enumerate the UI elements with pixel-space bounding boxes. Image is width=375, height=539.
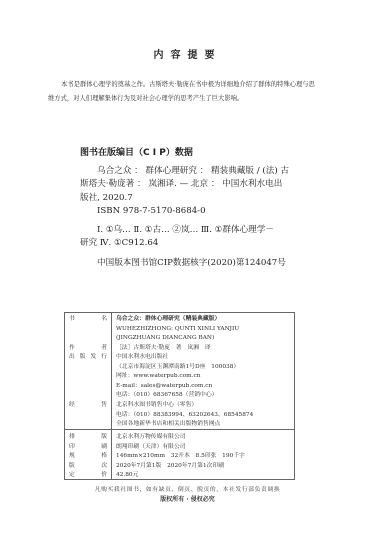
- column-divider: [111, 313, 112, 479]
- publication-info-table: 书名 乌合之众：群体心理研究（精装典藏版） WUHEZHIZHONG: QUNT…: [64, 312, 295, 480]
- summary-heading: 内容提要: [0, 46, 375, 61]
- info-value: 朗翔印刷（天津）有限公司: [116, 443, 294, 453]
- info-value: 乌合之众：群体心理研究（精装典藏版） WUHEZHIZHONG: QUNTI X…: [116, 315, 294, 344]
- cip-isbn: ISBN 978-7-5170-8684-0: [80, 205, 320, 218]
- info-label: 版次: [69, 462, 107, 472]
- cip-record-line: 斯塔夫·勒庞著 ： 岚湘译. — 北京 ： 中国水利水电出: [80, 178, 320, 191]
- copyright-notice: 版权所有 · 侵权必究: [0, 494, 375, 503]
- info-label: 定价: [69, 471, 107, 481]
- info-value: 146mm×210mm 32开本 8.5印张 190千字: [116, 452, 294, 462]
- info-label: 经售: [69, 401, 107, 411]
- summary-text: 本书是群体心理学的奠基之作。古斯塔夫·勒庞在书中极为详细地介绍了群体的特殊心理与…: [48, 78, 318, 106]
- info-value: 北京水利万物传媒有限公司: [116, 433, 294, 443]
- info-value: 2020年7月第1版 2020年7月第1次印刷: [116, 462, 294, 472]
- info-label: 排版: [69, 433, 107, 443]
- cip-classification: Ⅰ. ①乌… Ⅱ. ①古… ②岚… Ⅲ. ①群体心理学－ 研究 Ⅳ. ①C912…: [80, 224, 320, 251]
- info-label: 书名: [69, 315, 107, 325]
- info-label: 印刷: [69, 443, 107, 453]
- cip-title: 图书在版编目（C I P）数据: [80, 145, 193, 158]
- info-value: 北京科水图书销售中心（零售） 电话：（010）88383994、63202643…: [116, 401, 294, 430]
- cip-class-line: Ⅰ. ①乌… Ⅱ. ①古… ②岚… Ⅲ. ①群体心理学－: [80, 224, 320, 237]
- info-value: 42.80元: [116, 471, 294, 481]
- replacement-notice: 凡购买我社图书，如有缺页、倒页、脱页的，本社发行部负责调换: [0, 484, 375, 493]
- info-label: 出版发行: [69, 353, 107, 363]
- cip-record-line: 乌合之众 ： 群体心理研究 ： 精装典藏版 / (法) 古: [80, 165, 320, 178]
- cip-class-line: 研究 Ⅳ. ①C912.64: [80, 237, 320, 250]
- cip-record: 乌合之众 ： 群体心理研究 ： 精装典藏版 / (法) 古 斯塔夫·勒庞著 ： …: [80, 165, 320, 219]
- cip-record-line: 版社, 2020.7: [80, 192, 320, 205]
- cip-number: 中国版本图书馆CIP数据核字(2020)第124047号: [97, 256, 286, 268]
- info-value: 中国水利水电出版社 （北京市海淀区玉渊潭南路1号D座 100038） 网址：ww…: [116, 353, 294, 401]
- info-label: 规格: [69, 452, 107, 462]
